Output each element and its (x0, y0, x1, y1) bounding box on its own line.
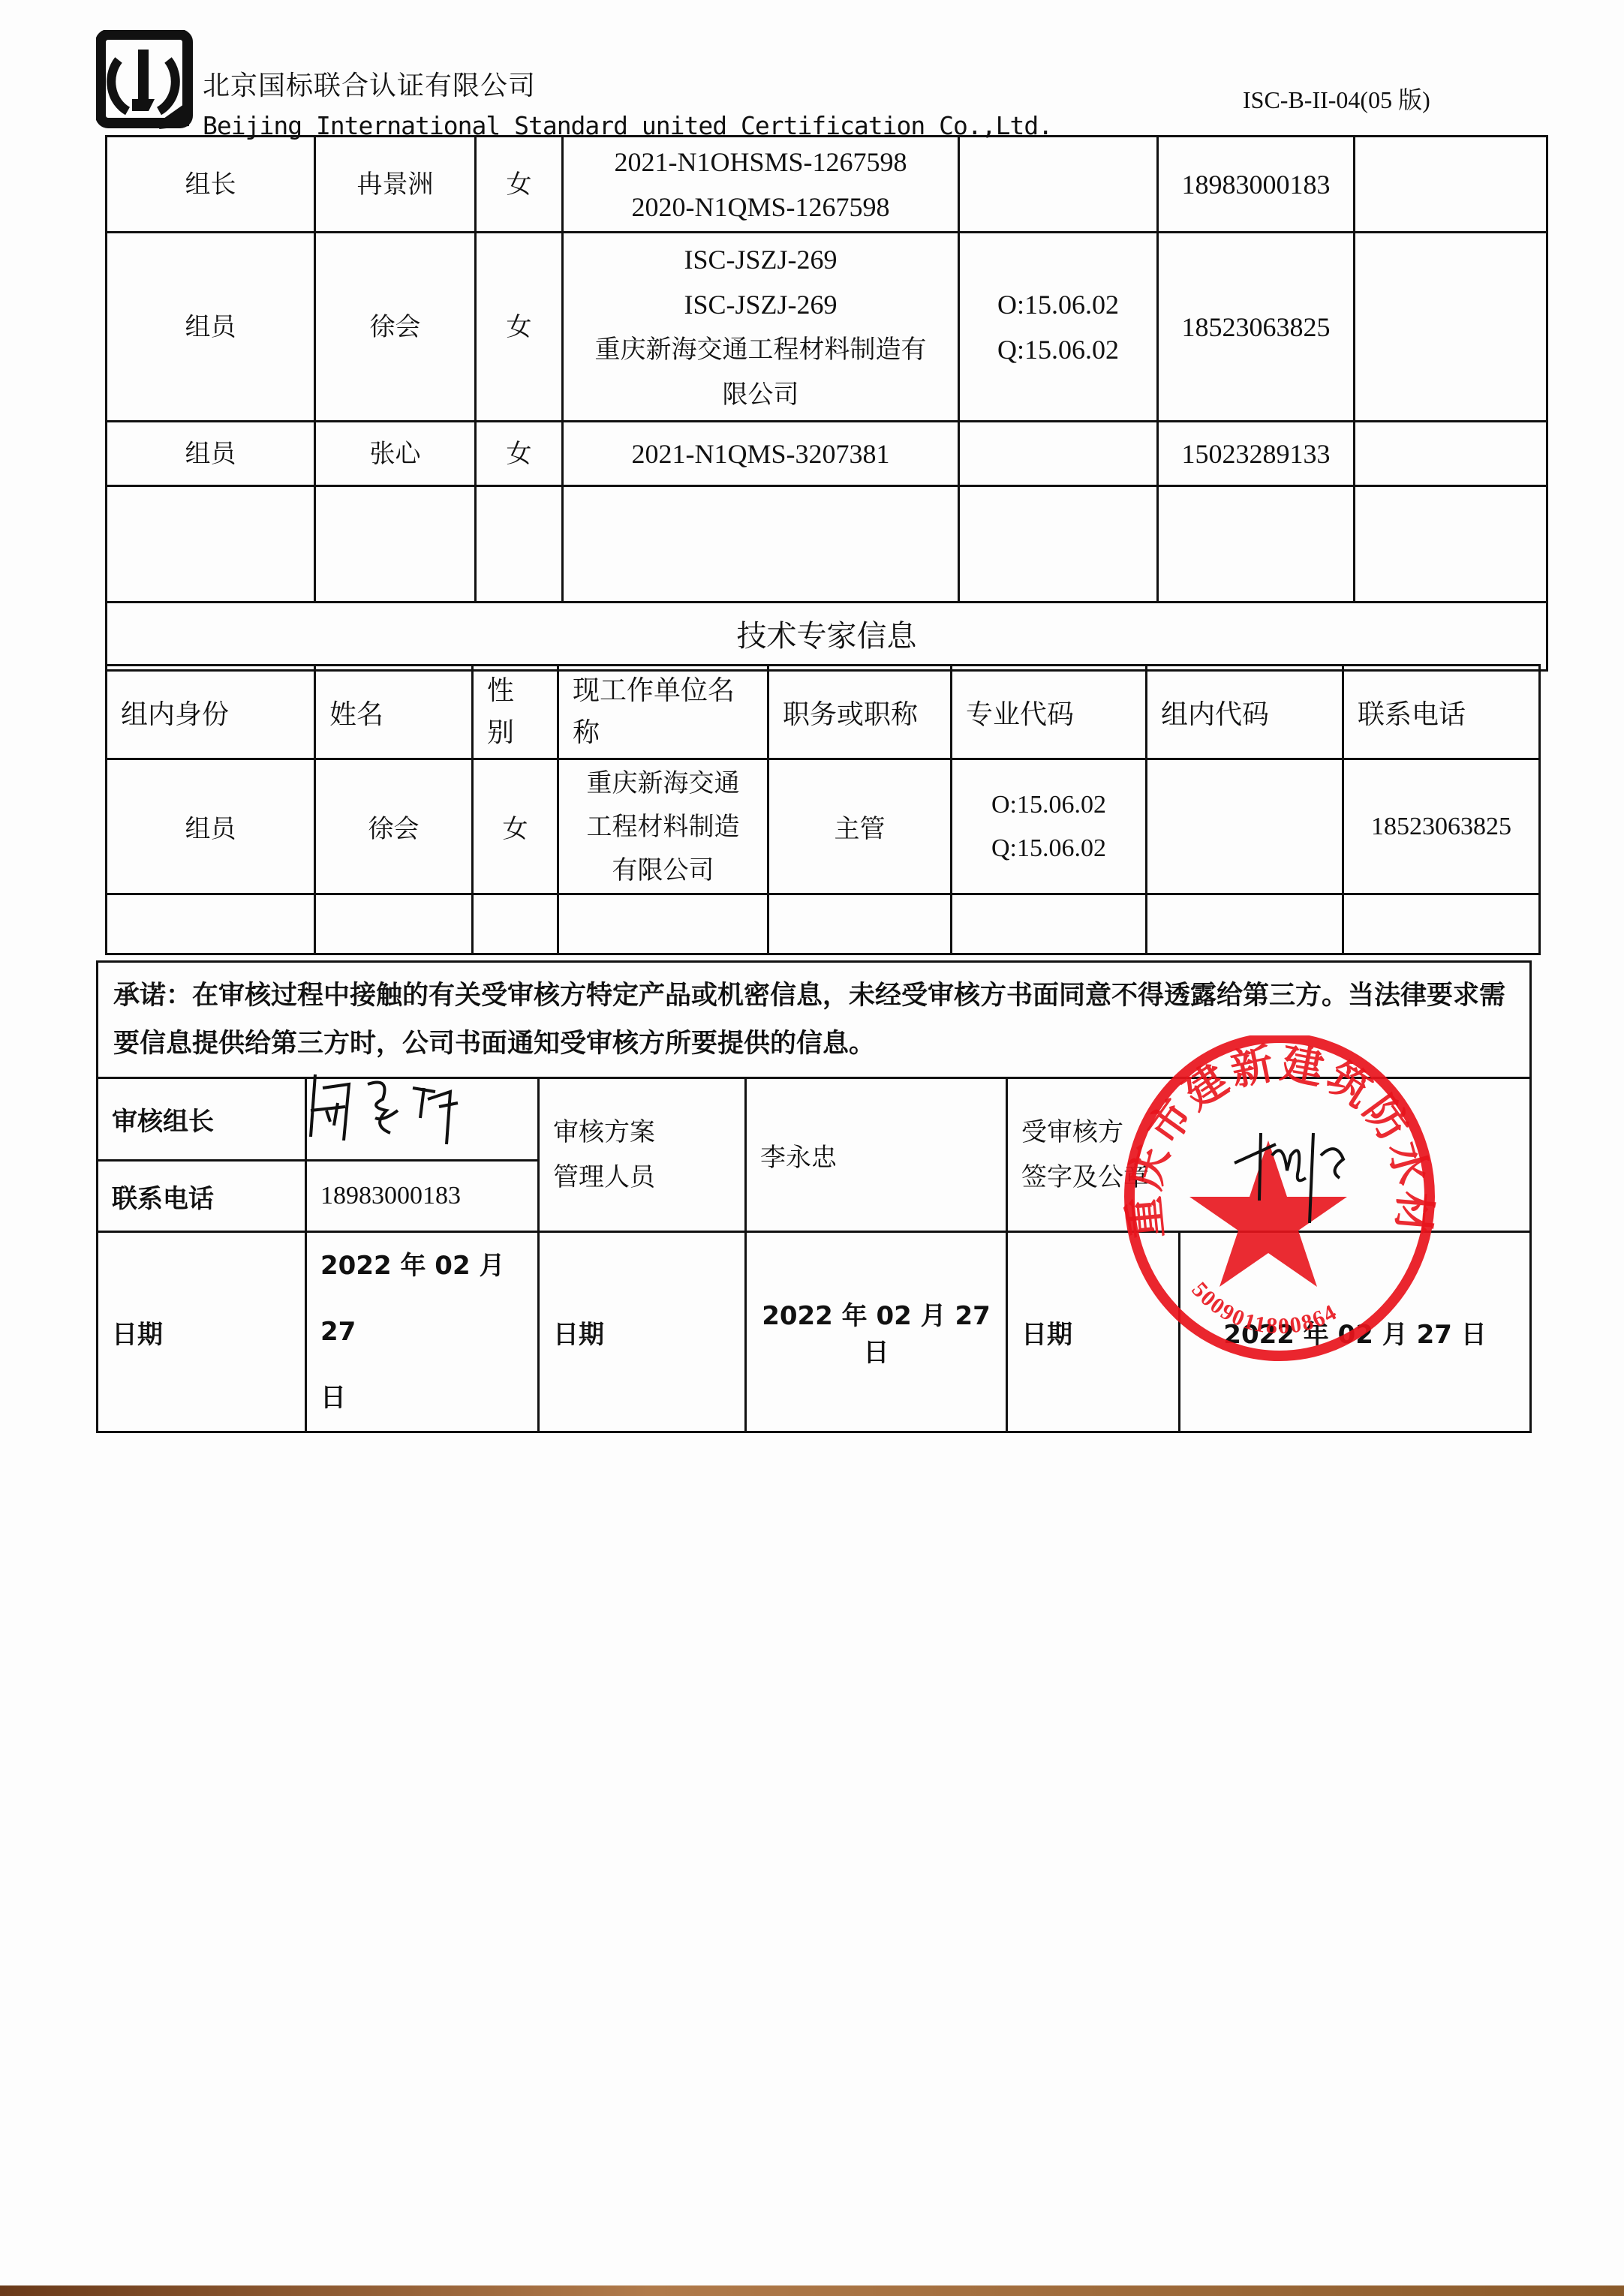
cert-cell: 2021-N1OHSMS-1267598 2020-N1QMS-1267598 (563, 137, 959, 233)
name-cell: 徐会 (315, 233, 476, 422)
pledge-text: 承诺：在审核过程中接触的有关受审核方特定产品或机密信息，未经受审核方书面同意不得… (98, 962, 1531, 1078)
cert-line: 2020-N1QMS-1267598 (568, 185, 953, 230)
code-cell (959, 137, 1158, 233)
gender-cell: 女 (476, 233, 563, 422)
company-name-cn: 北京国标联合认证有限公司 (203, 65, 536, 103)
header-name: 姓名 (315, 666, 473, 759)
letterhead: 北京国标联合认证有限公司 Beijing International Stand… (90, 29, 1561, 141)
code-cell: O:15.06.02 Q:15.06.02 (959, 233, 1158, 422)
tech-expert-section: 技术专家信息 (107, 603, 1547, 671)
manager-date: 2022 年 02 月 27 日 (746, 1232, 1007, 1432)
gender-cell: 女 (476, 137, 563, 233)
signoff-table: 承诺：在审核过程中接触的有关受审核方特定产品或机密信息，未经受审核方书面同意不得… (96, 960, 1532, 1433)
header-phone: 联系电话 (1343, 666, 1540, 759)
role-cell: 组员 (107, 759, 315, 894)
cert-cell: 2021-N1QMS-3207381 (563, 422, 959, 486)
cert-line: ISC-JSZJ-269 (568, 282, 953, 327)
header-title: 职务或职称 (768, 666, 952, 759)
code-line: Q:15.06.02 (964, 327, 1152, 372)
role-cell: 组长 (107, 137, 315, 233)
date-row: 日期 2022 年 02 月 27 日 日期 2022 年 02 月 27 日 … (98, 1232, 1531, 1432)
extra-cell (1355, 422, 1547, 486)
unit-cell: 重庆新海交通 工程材料制造 有限公司 (558, 759, 768, 894)
phone-cell: 18523063825 (1158, 233, 1355, 422)
team-row-empty (107, 486, 1547, 603)
cert-line: ISC-JSZJ-269 (568, 237, 953, 282)
auditee-date: 2022 年 02 月 27 日 (1180, 1232, 1531, 1432)
name-cell: 徐会 (315, 759, 473, 894)
page-edge (0, 2285, 1624, 2296)
phone-cell: 18983000183 (1158, 137, 1355, 233)
tech-expert-table: 组内身份 姓名 性 别 现工作单位名 称 职务或职称 专业代码 组内代码 联系电… (105, 664, 1541, 955)
role-cell: 组员 (107, 233, 315, 422)
cert-line: 限公司 (568, 372, 953, 417)
header-role: 组内身份 (107, 666, 315, 759)
title-cell: 主管 (768, 759, 952, 894)
header-group-code: 组内代码 (1147, 666, 1343, 759)
date-label: 日期 (1007, 1232, 1180, 1432)
phone-cell: 15023289133 (1158, 422, 1355, 486)
tech-header-row: 组内身份 姓名 性 别 现工作单位名 称 职务或职称 专业代码 组内代码 联系电… (107, 666, 1540, 759)
phone-label: 联系电话 (98, 1161, 306, 1232)
tech-expert-row-empty (107, 894, 1540, 954)
cert-line: 重庆新海交通工程材料制造有 (568, 327, 953, 372)
lead-date: 2022 年 02 月 27 日 (306, 1232, 539, 1432)
form-code: ISC-B-II-04(05 版) (1243, 81, 1430, 116)
team-row: 组员 徐会 女 ISC-JSZJ-269 ISC-JSZJ-269 重庆新海交通… (107, 233, 1547, 422)
audit-team-table: 组长 冉景洲 女 2021-N1OHSMS-1267598 2020-N1QMS… (105, 135, 1548, 672)
lead-signature-icon (300, 1065, 473, 1148)
code-cell: O:15.06.02 Q:15.06.02 (952, 759, 1147, 894)
group-code-cell (1147, 759, 1343, 894)
cert-cell: ISC-JSZJ-269 ISC-JSZJ-269 重庆新海交通工程材料制造有 … (563, 233, 959, 422)
lead-phone: 18983000183 (306, 1161, 539, 1232)
plan-manager-label: 审核方案 管理人员 (539, 1078, 746, 1232)
header-gender: 性 别 (473, 666, 558, 759)
code-line: O:15.06.02 (964, 282, 1152, 327)
cert-line: 2021-N1OHSMS-1267598 (568, 140, 953, 185)
date-label: 日期 (98, 1232, 306, 1432)
header-unit: 现工作单位名 称 (558, 666, 768, 759)
auditee-label: 受审核方 签字及公章 (1007, 1078, 1531, 1232)
gender-cell: 女 (476, 422, 563, 486)
team-row: 组长 冉景洲 女 2021-N1OHSMS-1267598 2020-N1QMS… (107, 137, 1547, 233)
plan-manager-name: 李永忠 (746, 1078, 1007, 1232)
name-cell: 张心 (315, 422, 476, 486)
team-row: 组员 张心 女 2021-N1QMS-3207381 15023289133 (107, 422, 1547, 486)
extra-cell (1355, 233, 1547, 422)
tech-expert-row: 组员 徐会 女 重庆新海交通 工程材料制造 有限公司 主管 O:15.06.02… (107, 759, 1540, 894)
lead-label: 审核组长 (98, 1078, 306, 1161)
section-title: 技术专家信息 (107, 603, 1547, 671)
extra-cell (1355, 137, 1547, 233)
pledge-row: 承诺：在审核过程中接触的有关受审核方特定产品或机密信息，未经受审核方书面同意不得… (98, 962, 1531, 1078)
phone-cell: 18523063825 (1343, 759, 1540, 894)
date-label: 日期 (539, 1232, 746, 1432)
role-cell: 组员 (107, 422, 315, 486)
header-specialty-code: 专业代码 (952, 666, 1147, 759)
gender-cell: 女 (473, 759, 558, 894)
company-logo-icon (96, 30, 194, 135)
code-cell (959, 422, 1158, 486)
name-cell: 冉景洲 (315, 137, 476, 233)
